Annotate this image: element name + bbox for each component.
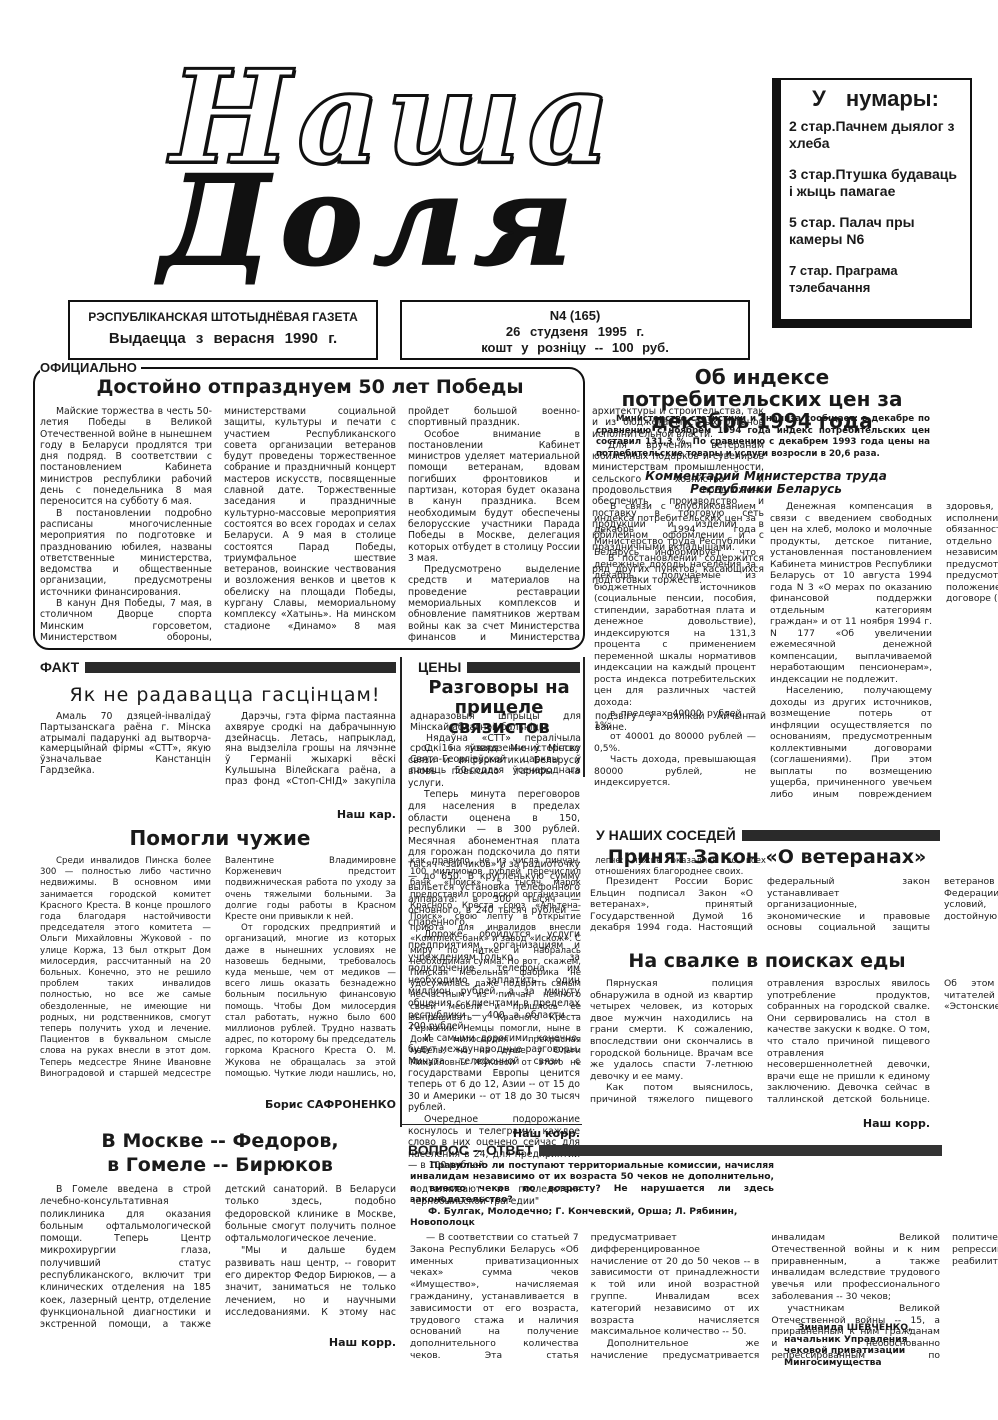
neighbors-body: Президент России Борис Ельцин подписал З… [590, 876, 930, 944]
neighbors-headline: Принят Закон «О ветеранах» [594, 846, 940, 868]
eye-headline-2: в Гомеле -- Бирюков [40, 1154, 400, 1176]
prices-signature: Наш корр. [480, 1127, 580, 1140]
rubric-prices: ЦЕНЫ [418, 659, 580, 675]
issue-number: N4 (165) [402, 308, 748, 324]
qa-askers: Ф. Булгак, Молодечно; Г. Кончевский, Орш… [410, 1206, 774, 1229]
eye-headline-1: В Москве -- Федоров, [40, 1130, 400, 1152]
contents-item[interactable]: 7 стар. Праграма тэлебачання [789, 262, 962, 296]
paper-type: РЭСПУБЛІКАНСКАЯ ШТОТЫДНЁВАЯ ГАЗЕТА [70, 310, 376, 324]
qa-signature: Зинаида ШЕВЧЕНКО, начальник Управления ч… [784, 1322, 940, 1368]
contents-box: У нумары: 2 стар.Пачнем дыялог з хлеба 3… [772, 78, 972, 328]
cpi-subhead: Комментарий Министерства труда Республик… [616, 470, 916, 496]
logo-word-dolya: Доля [160, 160, 582, 284]
issue-date: 26 студзеня 1995 г. [402, 324, 748, 340]
help-body: Среди инвалидов Пинска более 300 — полно… [40, 856, 396, 1088]
fact-headline: Як не радавацца гасцінцам! [40, 684, 410, 706]
dump-body: Пярнуская полиция обнаружила в одной из … [590, 978, 930, 1115]
issue-box: N4 (165) 26 студзеня 1995 г. кошт у розн… [400, 300, 750, 360]
published-since: Выдаецца з верасня 1990 г. [70, 330, 376, 347]
column-rule [400, 657, 402, 1127]
official-body: Майские торжества в честь 50-летия Побед… [40, 406, 580, 644]
official-headline: Достойно отпразднуем 50 лет Победы [40, 376, 580, 398]
dump-headline: На свалке в поисках еды [594, 950, 940, 972]
qa-question: Правильно ли поступают территориальные к… [410, 1160, 774, 1206]
fact-body: Амаль 70 дзяцей-інвалідаў Партызанскага … [40, 712, 396, 798]
section-rule [402, 1124, 582, 1125]
rubric-qa: ВОПРОС -- ОТВЕТ [408, 1142, 942, 1158]
contents-item[interactable]: 2 стар.Пачнем дыялог з хлеба [789, 118, 962, 152]
contents-item[interactable]: 5 стар. Палач пры камеры N6 [789, 214, 962, 248]
subtitle-box: РЭСПУБЛІКАНСКАЯ ШТОТЫДНЁВАЯ ГАЗЕТА Выдае… [68, 300, 378, 360]
cpi-body: В связи с опубликованием индекса потреби… [594, 501, 932, 801]
eye-body: В Гомеле введена в строй лечебно-консуль… [40, 1184, 396, 1334]
rubric-official: ОФИЦИАЛЬНО [40, 360, 141, 375]
contents-item[interactable]: 3 стар.Птушка будаваць і жыць памагае [789, 166, 962, 200]
issue-price: кошт у розніцу -- 100 руб. [402, 340, 748, 356]
rubric-fact: ФАКТ [40, 659, 396, 675]
cpi-lead: Министерство статистики и анализа сообща… [596, 414, 930, 460]
rubric-bar [539, 1145, 942, 1156]
contents-title: У нумары: [789, 86, 962, 112]
help-headline: Помогли чужие [40, 826, 400, 850]
rubric-bar [467, 662, 580, 673]
eye-signature: Наш корр. [260, 1336, 396, 1349]
rubric-bar [85, 662, 396, 673]
masthead-logo: Наша Доля [150, 72, 750, 297]
fact-signature: Наш кар. [250, 808, 396, 821]
column-rule [583, 657, 585, 777]
rubric-neighbors: У НАШИХ СОСЕДЕЙ [596, 827, 940, 843]
rubric-bar [742, 830, 940, 841]
help-signature: Борис САФРОНЕНКО [210, 1098, 396, 1111]
prices-headline: Разговоры на прицеле связистов [418, 678, 580, 738]
dump-signature: Наш корр. [820, 1117, 930, 1130]
